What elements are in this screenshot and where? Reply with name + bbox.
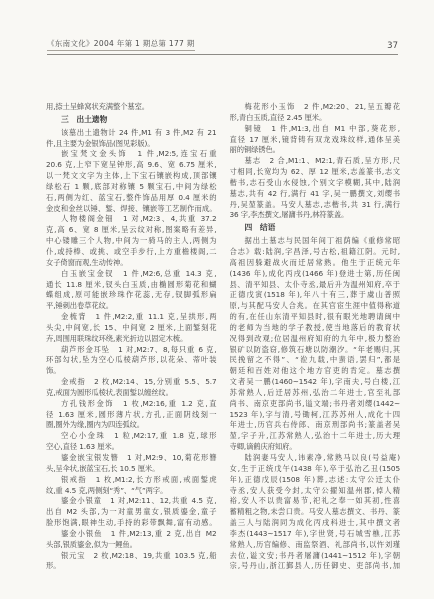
page-header: 《东南文化》2004 年第 1 期总第 177 期 37 [47,38,398,55]
text-line: 女子倚窗而观,生动传神。 [46,258,217,269]
section-heading: 四 结语 [230,223,401,234]
text-line: 合志》载:陆润,字昌泽,号古松,祖籍江阴。元时, [230,247,401,258]
text-line: 环部勾状,坠为空心瓜棱葫芦形,以花朵、蒂叶装 [46,355,217,366]
text-line: 绿松石 1 颗,底部对称镶 5 颗宝石,中间为绿松 [46,182,217,193]
text-line: 鎏金小银童 1 对,M2:11、12,共重 4.5 克, [46,496,217,507]
text-line: 寸相同,长宽均为 62、厚 12 厘米,志盖篆书,志文 [230,167,401,178]
text-line: 36 字,李杰撰文,屠滽书丹,林符篆盖。 [230,210,401,221]
text-line: 卉,周围用联珠纹环绕,素光折边以固定木梳。 [46,334,217,345]
text-line: 墓志,共有 42 行,满行 41 字,吴一鹏撰文,刘缨书 [230,189,401,200]
text-line: 丹,吴堃篆盖。马安人墓志,志楷书,共 31 行,满行 [230,200,401,211]
text-line: 形,青白玉质,直径 2.45 厘米。 [230,113,401,124]
text-line: 正德戊寅(1518 年),年八十有三,葬于虞山普照 [230,290,401,301]
page-number: 37 [387,41,398,51]
text-line: 寺丞,安人获受今封,太守公擢知温州郡,倬人精 [230,486,401,497]
text-line: 宗,号丹山,浙江鄞县人,历任御史、吏部尚书,加 [230,561,401,572]
text-line: 克,戒面为圆形瓜棱状,表面錾以缠丝纹。 [46,388,217,399]
text-line: 丽的铜绿锈色。 [230,145,401,156]
text-line: 空心小金珠 1 粒,M2:17,重 1.8 克,球形 [46,431,217,442]
text-line: 人物楼阁金钿 1 对,M2:3、4,共重 37.2 [46,214,217,225]
text-line: 嵌宝梵文金头饰 1 件,M2:5,连宝石重 [46,149,217,160]
text-line: 李杰(1443~1517 年),字世贤,号石城雪樵,江苏 [230,529,401,540]
text-line: 径 1.63 厘米,圆形薄片状,方孔,正面阴线刻一 [46,410,217,421]
section-heading: 三 出土遗物 [46,115,217,126]
text-line: 盖三人与陆润同为成化丙戌科进士,其中撰文者 [230,518,401,529]
text-line: 蓄精粗之物,未尝口贵。马安人墓志撰文、书丹、篆 [230,507,401,518]
text-line: 葫芦形金耳坠 1 对,M2:7、8,每只重 6 克, [46,345,217,356]
text-line: 寺卿,谪鹤庆府知府。 [230,442,401,453]
text-line: 年),正德戊辰(1508 年)葬,志述:太守公迁太仆 [230,475,401,486]
text-line: 鎏金嵌宝银发簪 1 对,M2:9、10,菊花形簪 [46,453,217,464]
text-line: 楷书,志石受山水侵蚀,个别文字模糊,其中,陆润 [230,178,401,189]
text-line: 该墓出土遗物计 24 件,M1 有 3 件,M2 有 21 [46,128,217,139]
text-line: 的有,在任山东清平知县时,很有眼光地聘请闽中 [230,312,401,323]
right-column: 梅花形小玉饰 2 件,M2:20、21,呈五瓣花形,青白玉质,直径 2.45 厘… [230,102,401,572]
journal-page: 《东南文化》2004 年第 1 期总第 177 期 37 用,捺土呈蜂窝状充满整… [0,0,434,599]
text-line: 县、清平知县、太仆寺丞,最后升为温州知府,卒于 [230,280,401,291]
text-line: 陆润妻马安人,讳素净,常熟马以良(号益庵) [230,453,401,464]
text-line: 平,锤刺出卷草花纹。 [46,301,217,312]
text-line: 去位,谥文安;书丹者屠滽(1441~1512 年),字朝 [230,551,401,562]
text-line: 裕,安人不以贵富易节,祀礼之奉一如其初,性喜 [230,496,401,507]
text-line: 纹,重 4.5 克,两侧刻“秀”、“气”两字。 [46,486,217,497]
text-line: 脸形饱满,眼神生动,手持的彩带飘舞,富有动感。 [46,518,217,529]
text-line: 1523 年),字与清,号锄柯,江苏苏州人,成化十四 [230,410,401,421]
text-line: (1436 年),成化丙戌(1466 年)登进士第,历任闽 [230,269,401,280]
left-column: 用,捺土呈蜂窝状充满整个墓室。三 出土遗物该墓出土遗物计 24 件,M1 有 3… [46,102,217,572]
text-line: 通长 11.8 厘米,钗头白玉质,由椭圆形菊花和蝴 [46,280,217,291]
text-line: 饰。 [46,366,217,377]
text-line: 件,且主要为金银饰品(图见彩版)。 [46,139,217,150]
text-line: 常熟人,历官编修、南监祭酒、礼部尚书,以忤刘瑾 [230,540,401,551]
text-line: 头,呈伞状,嵌蓝宝石,长 10.5 厘米。 [46,464,217,475]
text-line: 金梳背 1 件,M2:2,重 11.1 克,呈拱形,两 [46,312,217,323]
text-columns: 用,捺土呈蜂窝状充满整个墓室。三 出土遗物该墓出土遗物计 24 件,M1 有 3… [46,102,400,572]
text-line: 女,生于正统戊午(1438 年),卒于弘治乙丑(1505 [230,464,401,475]
text-line: 以一梵文文字为主体,上下宝石镶嵌构成,顶部镶 [46,171,217,182]
text-line: 据出土墓志与民国年间丁祖荫编《重修常昭 [230,236,401,247]
text-line: 银戒指 1 枚,M1:2,长方形戒面,戒面錾虎 [46,475,217,486]
text-line: 尚书、南京吏部尚书,谥文端;书丹者刘缨(1442~ [230,399,401,410]
text-line: 原,与其配马安人合兆。在其官宦生涯中值得称道 [230,301,401,312]
text-line: 出自 M2 头部,为一对童男童女,银质鎏金,童子 [46,507,217,518]
text-line: 高祖因躲避战火而迁居常熟。他生于正统元年 [230,258,401,269]
text-line: 苏常熟人,后迁居苏州,弘治二年进士,官至礼部 [230,388,401,399]
text-line: 鎏金小银鱼 1 件,M2:13,重 2 克,出自 M2 [46,529,217,540]
text-line: 中心镂雕三个人物,中间为一骑马的主人,两侧为 [46,236,217,247]
text-line: 石,两侧为红、蓝宝石,整件饰品用厚 0.4 厘米的 [46,193,217,204]
text-line: 头部,银质鎏金,似为一鲤鱼。 [46,540,217,551]
text-line: 头尖,中间宽,长 15、中间宽 2 厘米,上面錾刻花 [46,323,217,334]
text-line: 墓志 2 合,M1:1、M2:1,青石质,呈方形,尺 [230,156,401,167]
text-line: 银元宝 2 枚,M2:18、19,共重 103.5 克,船 [46,551,217,562]
text-line: 形。 [46,561,217,572]
text-line: 用,捺土呈蜂窝状充满整个墓室。 [46,102,217,113]
text-line: 空心,直径 1.63 厘米。 [46,442,217,453]
text-line: 铜镜 1 件,M1:3,出自 M1 中部,葵花形, [230,124,401,135]
text-line: 仆,或持棒、或挑、或空手步行,上方重檐楼阁,二 [46,247,217,258]
text-line: 况得到改观;位居温州府知府的九年中,极力整治 [230,334,401,345]
text-line: 20.6 克,上窄下宽呈钟形,高 9.6、宽 6.75 厘米, [46,160,217,171]
text-line: 银矿以防盗窃,修筑石塘以防潮汐。“年老赐归,其 [230,345,401,356]
text-line: 年进士,历官兵右侍郎、南京刑部尚书;篆盖者吴 [230,420,401,431]
text-line: 文者吴一鹏(1460~1542 年),字南夫,号白楼,江 [230,377,401,388]
text-line: 方孔钱形金饰 1 枚,M2:16,重 1.2 克,直 [46,399,217,410]
journal-title: 《东南文化》2004 年第 1 期总第 177 期 [47,38,195,51]
text-line: 朝廷和百姓对他这个地方官吏的肯定。墓志撰 [230,366,401,377]
text-line: 金皮和金丝以锤、錾、焊接、镶嵌等工艺制作而成。 [46,204,217,215]
text-line: 的老师为当地的学子教授,使当地落后的教育状 [230,323,401,334]
text-line: 直径 17 厘米,镜背铸有双龙戏珠纹样,通体呈美 [230,135,401,146]
text-line: 梅花形小玉饰 2 件,M2:20、21,呈五瓣花 [230,102,401,113]
text-line: 蝶组成,原可能嵌珍珠作花蕊,无存,钗脚弧形扁 [46,290,217,301]
text-line: 克,高 6、宽 8 厘米,呈云纹对称,图案略有差异, [46,225,217,236]
text-line: 民挽留之不得”、“涖九载,中蜚语,罢归”,都是 [230,355,401,366]
text-line: 白玉嵌宝金钗 1 件,M2:6,总重 14.3 克, [46,269,217,280]
text-line: 金戒指 2 枚,M2:14、15,分别重 5.5、5.7 [46,377,217,388]
text-line: 堃,字子升,江苏常熟人,弘治十二年进士,历大理 [230,431,401,442]
text-line: 圈,圈外为缘,圈内为四连弧纹。 [46,420,217,431]
